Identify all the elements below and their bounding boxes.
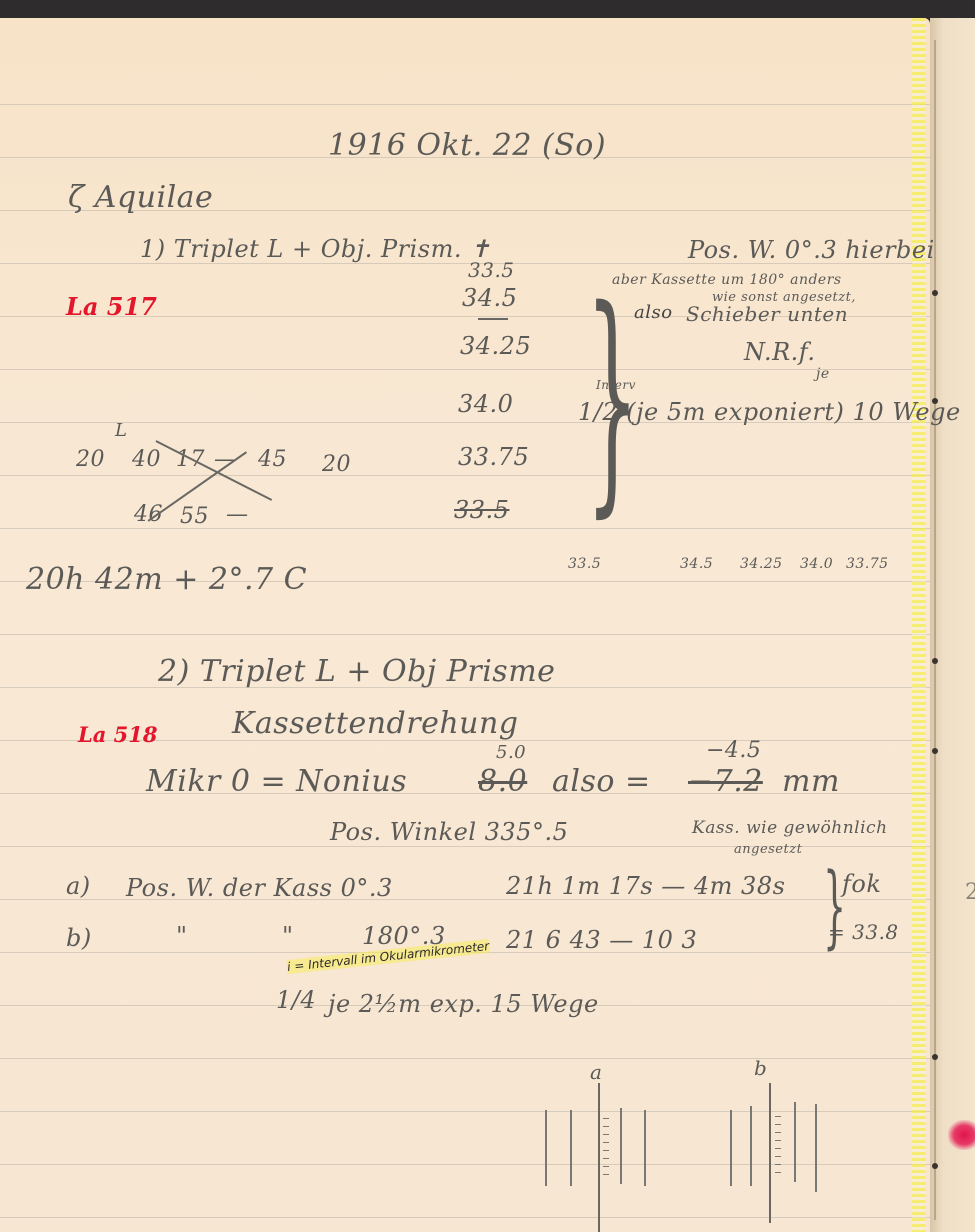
mikr-label: Mikr 0 = Nonius: [146, 764, 407, 799]
summary-value: 34.5: [680, 556, 713, 572]
entry-date: 1916 Okt. 22 (So): [328, 128, 606, 163]
nonius-new-value: 5.0: [496, 742, 526, 763]
je-superscript: je: [816, 366, 830, 382]
value-row-3: 34.0: [458, 390, 513, 418]
schieber-note: Schieber unten: [686, 302, 848, 326]
binding-stitch: [932, 1054, 938, 1060]
also-label: also: [634, 302, 673, 323]
underline-mark: [478, 318, 508, 320]
row-b-ditto: ": [282, 922, 294, 950]
mm-struck-value: −7.2: [688, 764, 763, 799]
nonius-struck-value: 8.0: [478, 764, 527, 799]
timing-cell: 20: [322, 452, 351, 477]
plate-label-la518: La 518: [78, 722, 158, 747]
fraction-quarter: 1/4: [276, 986, 316, 1014]
time-temperature: 20h 42m + 2°.7 C: [26, 562, 307, 597]
plate-label-la517: La 517: [66, 292, 157, 321]
angesetzt-note: angesetzt: [734, 842, 802, 857]
row-a-label: a): [66, 872, 91, 900]
facing-page-number: 2: [965, 880, 975, 905]
mm-unit: mm: [782, 764, 840, 799]
section1-heading: 1) Triplet L + Obj. Prism. ✝: [140, 235, 491, 263]
timing-cell: 46: [134, 502, 163, 527]
row-b-ditto: ": [176, 922, 188, 950]
star-name: ζ Aquilae: [68, 180, 213, 215]
facing-page-edge: [930, 18, 975, 1232]
section2-subheading: Kassettendrehung: [232, 706, 519, 741]
timing-cell: —: [226, 502, 249, 527]
summary-value: 34.0: [800, 556, 833, 572]
binding-stitch: [932, 748, 938, 754]
timing-cell: 45: [258, 447, 287, 472]
interv-superscript: Interv: [596, 378, 636, 392]
section2-heading: 2) Triplet L + Obj Prisme: [158, 654, 555, 689]
red-ink-stain: [948, 1120, 975, 1150]
row-b-label: b): [66, 924, 92, 952]
row-a-time: 21h 1m 17s — 4m 38s: [506, 872, 785, 900]
value-row-2: 34.25: [460, 332, 531, 360]
timing-cell: 55: [180, 504, 209, 529]
summary-value: 33.5: [568, 556, 601, 572]
kass-note: Kass. wie gewöhnlich: [692, 818, 888, 838]
exposure-note-1: 1/2 (je 5m exponiert) 10 Wege: [578, 398, 961, 426]
timing-sup-L: L: [115, 420, 127, 441]
also-equals: also =: [552, 764, 651, 799]
nrf-note: N.R.f.: [744, 338, 815, 366]
sketch-label-a: a: [590, 1060, 602, 1084]
timing-cell: 20: [76, 447, 105, 472]
summary-value: 33.75: [846, 556, 889, 572]
value-row-1: 34.5: [462, 284, 517, 312]
binding-stitch: [932, 658, 938, 664]
binding-stitch: [932, 1163, 938, 1169]
value-top-note: 33.5: [468, 258, 515, 282]
row-b-time: 21 6 43 — 10 3: [506, 926, 697, 954]
pos-w-note: Pos. W. 0°.3 hierbei: [688, 236, 935, 264]
exposure-note-2: je 2½m exp. 15 Wege: [328, 990, 599, 1018]
kassette-note: aber Kassette um 180° anders: [612, 272, 842, 288]
sketch-label-b: b: [754, 1056, 767, 1080]
summary-value: 34.25: [740, 556, 783, 572]
fok-label: fok: [842, 870, 881, 898]
value-row-4: 33.75: [458, 443, 529, 471]
pos-winkel: Pos. Winkel 335°.5: [330, 818, 568, 846]
mm-new-value: −4.5: [706, 738, 761, 763]
spine-line: [934, 40, 936, 1220]
timing-cell: 40: [132, 447, 161, 472]
fok-value: = 33.8: [828, 920, 899, 944]
row-a-text: Pos. W. der Kass 0°.3: [126, 874, 393, 902]
value-row-5-struck: 33.5: [454, 496, 509, 524]
binding-stitch: [932, 290, 938, 296]
gutter-scan-artifact: [912, 18, 926, 1232]
